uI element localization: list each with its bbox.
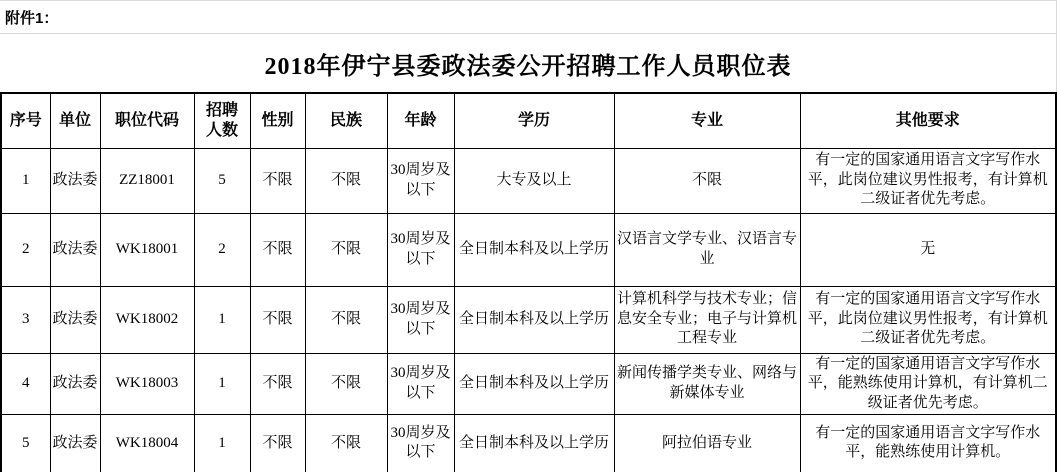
table-cell: ZZ18001 <box>100 148 194 213</box>
table-cell: 3 <box>1 286 50 353</box>
table-cell: 1 <box>194 415 250 472</box>
column-header-5: 民族 <box>305 93 387 148</box>
table-header-row: 序号单位职位代码招聘人数性别民族年龄学历专业其他要求 <box>1 93 1056 148</box>
table-cell: 不限 <box>250 415 305 472</box>
table-row: 4政法委WK180031不限不限30周岁及以下全日制本科及以上学历新闻传播学类专… <box>1 353 1056 415</box>
table-cell: 全日制本科及以上学历 <box>454 286 614 353</box>
column-header-3: 招聘人数 <box>194 93 250 148</box>
table-cell: 30周岁及以下 <box>387 148 454 213</box>
table-cell: 不限 <box>250 353 305 415</box>
table-cell: 新闻传播学类专业、网络与新媒体专业 <box>614 353 800 415</box>
table-cell: 阿拉伯语专业 <box>614 415 800 472</box>
table-cell: 大专及以上 <box>454 148 614 213</box>
job-positions-table: 序号单位职位代码招聘人数性别民族年龄学历专业其他要求 1政法委ZZ180015不… <box>0 92 1057 472</box>
page-title: 2018年伊宁县委政法委公开招聘工作人员职位表 <box>265 46 792 81</box>
table-cell: 1 <box>1 148 50 213</box>
attachment-label: 附件1： <box>5 7 58 28</box>
table-cell: 政法委 <box>50 148 100 213</box>
table-row: 1政法委ZZ180015不限不限30周岁及以下大专及以上不限有一定的国家通用语言… <box>1 148 1056 213</box>
column-header-1: 单位 <box>50 93 100 148</box>
table-cell: 汉语言文学专业、汉语言专业 <box>614 213 800 286</box>
title-row: 2018年伊宁县委政法委公开招聘工作人员职位表 <box>0 34 1056 92</box>
table-cell: 有一定的国家通用语言文字写作水平，此岗位建议男性报考，有计算机二级证者优先考虑。 <box>800 286 1056 353</box>
table-cell: WK18001 <box>100 213 194 286</box>
table-cell: 不限 <box>305 353 387 415</box>
table-cell: 不限 <box>305 148 387 213</box>
table-cell: 不限 <box>305 213 387 286</box>
table-cell: 5 <box>1 415 50 472</box>
table-cell: 有一定的国家通用语言文字写作水平，此岗位建议男性报考，有计算机二级证者优先考虑。 <box>800 148 1056 213</box>
column-header-2: 职位代码 <box>100 93 194 148</box>
table-cell: 不限 <box>614 148 800 213</box>
table-cell: 全日制本科及以上学历 <box>454 415 614 472</box>
table-cell: 不限 <box>250 213 305 286</box>
table-cell: 政法委 <box>50 213 100 286</box>
table-row: 5政法委WK180041不限不限30周岁及以下全日制本科及以上学历阿拉伯语专业有… <box>1 415 1056 472</box>
table-cell: 政法委 <box>50 353 100 415</box>
table-cell: 有一定的国家通用语言文字写作水平，能熟练使用计算机。 <box>800 415 1056 472</box>
table-cell: 无 <box>800 213 1056 286</box>
table-row: 3政法委WK180021不限不限30周岁及以下全日制本科及以上学历计算机科学与技… <box>1 286 1056 353</box>
table-cell: 政法委 <box>50 286 100 353</box>
table-cell: 有一定的国家通用语言文字写作水平，能熟练使用计算机，有计算机二级证者优先考虑。 <box>800 353 1056 415</box>
table-cell: 30周岁及以下 <box>387 353 454 415</box>
table-row: 2政法委WK180012不限不限30周岁及以下全日制本科及以上学历汉语言文学专业… <box>1 213 1056 286</box>
table-cell: 政法委 <box>50 415 100 472</box>
table-cell: 30周岁及以下 <box>387 415 454 472</box>
column-header-4: 性别 <box>250 93 305 148</box>
table-cell: 5 <box>194 148 250 213</box>
table-cell: 全日制本科及以上学历 <box>454 353 614 415</box>
table-cell: 全日制本科及以上学历 <box>454 213 614 286</box>
column-header-9: 其他要求 <box>800 93 1056 148</box>
table-cell: 1 <box>194 286 250 353</box>
table-cell: 2 <box>194 213 250 286</box>
column-header-0: 序号 <box>1 93 50 148</box>
table-cell: 不限 <box>250 286 305 353</box>
table-cell: 4 <box>1 353 50 415</box>
table-cell: WK18004 <box>100 415 194 472</box>
table-cell: 不限 <box>250 148 305 213</box>
attachment-row: 附件1： <box>0 1 1056 34</box>
table-cell: 1 <box>194 353 250 415</box>
document-page: 附件1： 2018年伊宁县委政法委公开招聘工作人员职位表 序号单位职位代码招聘人… <box>0 0 1057 472</box>
table-cell: 不限 <box>305 286 387 353</box>
page-top-area: 附件1： 2018年伊宁县委政法委公开招聘工作人员职位表 <box>0 0 1057 92</box>
column-header-8: 专业 <box>614 93 800 148</box>
table-cell: 计算机科学与技术专业；信息安全专业；电子与计算机工程专业 <box>614 286 800 353</box>
table-cell: 不限 <box>305 415 387 472</box>
table-cell: 30周岁及以下 <box>387 286 454 353</box>
table-cell: 30周岁及以下 <box>387 213 454 286</box>
column-header-6: 年龄 <box>387 93 454 148</box>
table-cell: WK18002 <box>100 286 194 353</box>
table-cell: WK18003 <box>100 353 194 415</box>
column-header-7: 学历 <box>454 93 614 148</box>
table-cell: 2 <box>1 213 50 286</box>
